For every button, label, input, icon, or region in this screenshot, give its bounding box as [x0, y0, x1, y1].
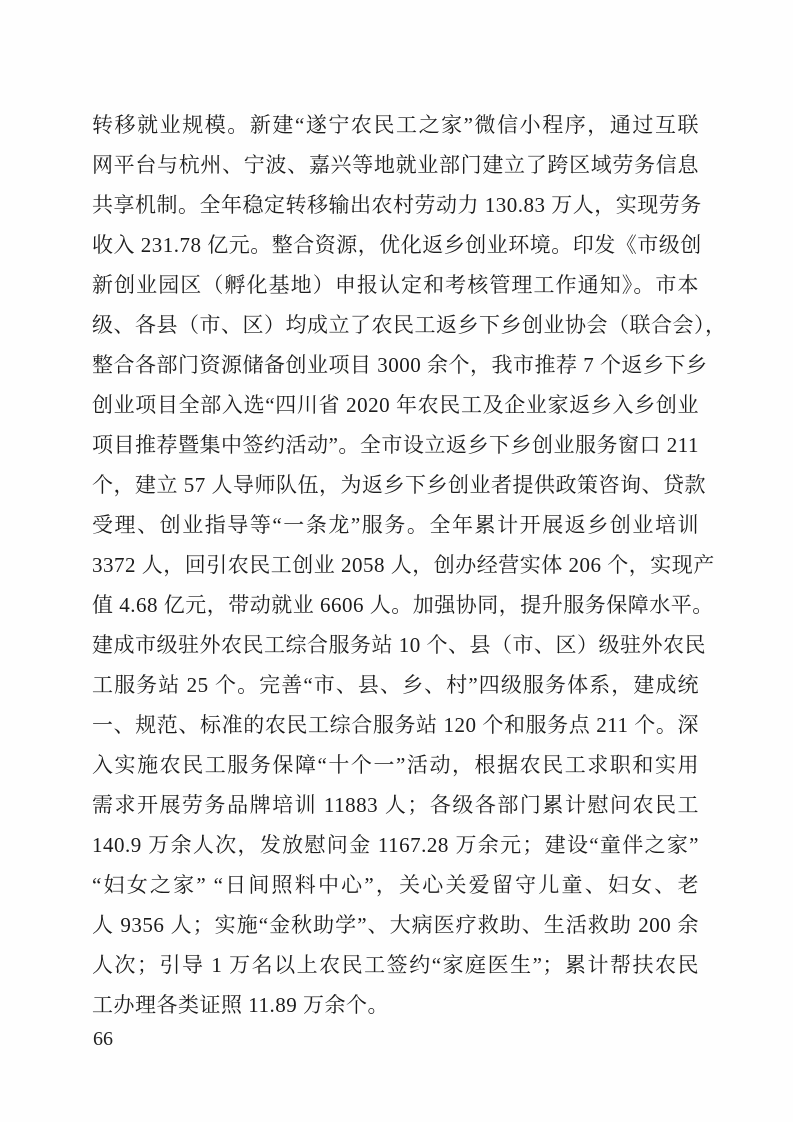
- text-line: 需求开展劳务品牌培训 11883 人；各级各部门累计慰问农民工: [92, 785, 699, 825]
- text-line: 3372 人，回引农民工创业 2058 人，创办经营实体 206 个，实现产: [92, 545, 699, 585]
- text-line: 收入 231.78 亿元。整合资源，优化返乡创业环境。印发《市级创: [92, 225, 699, 265]
- text-line: 入实施农民工服务保障“十个一”活动，根据农民工求职和实用: [92, 745, 699, 785]
- body-text: 转移就业规模。新建“遂宁农民工之家”微信小程序，通过互联 网平台与杭州、宁波、嘉…: [92, 105, 699, 1025]
- page-number: 66: [93, 1024, 113, 1054]
- text-line: 级、各县（市、区）均成立了农民工返乡下乡创业协会（联合会），: [92, 305, 699, 345]
- text-line: 工服务站 25 个。完善“市、县、乡、村”四级服务体系，建成统: [92, 665, 699, 705]
- text-line: 人 9356 人；实施“金秋助学”、大病医疗救助、生活救助 200 余: [92, 905, 699, 945]
- text-line: 一、规范、标准的农民工综合服务站 120 个和服务点 211 个。深: [92, 705, 699, 745]
- text-line: 转移就业规模。新建“遂宁农民工之家”微信小程序，通过互联: [92, 105, 699, 145]
- text-line: “妇女之家” “日间照料中心”，关心关爱留守儿童、妇女、老: [92, 865, 699, 905]
- text-line: 工办理各类证照 11.89 万余个。: [92, 985, 699, 1025]
- text-line: 新创业园区（孵化基地）申报认定和考核管理工作通知》。市本: [92, 265, 699, 305]
- text-line: 整合各部门资源储备创业项目 3000 余个，我市推荐 7 个返乡下乡: [92, 345, 699, 385]
- document-page: 转移就业规模。新建“遂宁农民工之家”微信小程序，通过互联 网平台与杭州、宁波、嘉…: [0, 0, 793, 1122]
- text-line: 受理、创业指导等“一条龙”服务。全年累计开展返乡创业培训: [92, 505, 699, 545]
- text-line: 个，建立 57 人导师队伍，为返乡下乡创业者提供政策咨询、贷款: [92, 465, 699, 505]
- text-line: 人次；引导 1 万名以上农民工签约“家庭医生”；累计帮扶农民: [92, 945, 699, 985]
- text-line: 共享机制。全年稳定转移输出农村劳动力 130.83 万人，实现劳务: [92, 185, 699, 225]
- text-line: 建成市级驻外农民工综合服务站 10 个、县（市、区）级驻外农民: [92, 625, 699, 665]
- text-line: 创业项目全部入选“四川省 2020 年农民工及企业家返乡入乡创业: [92, 385, 699, 425]
- text-line: 值 4.68 亿元，带动就业 6606 人。加强协同，提升服务保障水平。: [92, 585, 699, 625]
- text-line: 网平台与杭州、宁波、嘉兴等地就业部门建立了跨区域劳务信息: [92, 145, 699, 185]
- text-line: 项目推荐暨集中签约活动”。全市设立返乡下乡创业服务窗口 211: [92, 425, 699, 465]
- text-line: 140.9 万余人次，发放慰问金 1167.28 万余元；建设“童伴之家”: [92, 825, 699, 865]
